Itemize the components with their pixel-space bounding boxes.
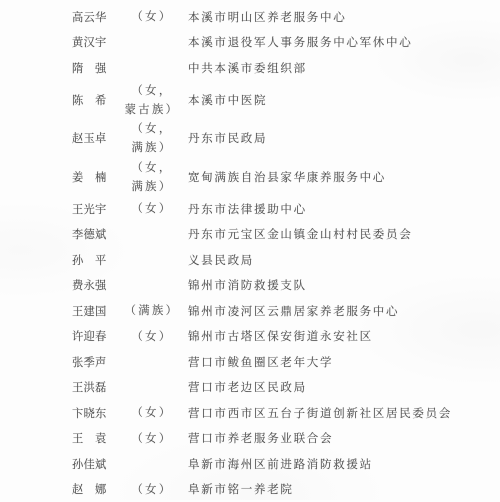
- person-name: 隋 强: [72, 60, 108, 76]
- remark-line: 满族）: [116, 138, 188, 157]
- remark-line: 满族）: [116, 177, 188, 196]
- remark-line: （女）: [116, 327, 188, 346]
- person-organization: 丹东市民政局: [188, 130, 267, 146]
- remark-line: （女）: [116, 480, 188, 499]
- person-organization: 营口市西市区五台子街道创新社区居民委员会: [188, 405, 452, 421]
- table-row: 孙佳斌 阜新市海州区前进路消防救援站: [0, 451, 500, 477]
- person-name: 黄汉宇: [72, 34, 108, 50]
- person-organization: 锦州市古塔区保安街道永安社区: [188, 328, 373, 344]
- person-organization: 营口市鲅鱼圈区老年大学: [188, 354, 333, 370]
- person-name: 孙 平: [72, 252, 108, 268]
- person-name: 王 袁: [72, 430, 108, 446]
- person-remark: （女）: [116, 429, 188, 448]
- table-row: 黄汉宇 本溪市退役军人事务服务中心军休中心: [0, 30, 500, 56]
- table-row: 赵 娜 （女） 阜新市铭一养老院: [0, 477, 500, 501]
- remark-line: 蒙古族）: [116, 100, 188, 119]
- person-name: 张季声: [72, 354, 108, 370]
- table-row: 费永强 锦州市消防救援支队: [0, 273, 500, 299]
- person-name: 王光宇: [72, 201, 108, 217]
- person-name: 孙佳斌: [72, 456, 108, 472]
- person-remark: （女）: [116, 480, 188, 499]
- table-row: 赵玉卓 （女， 满族） 丹东市民政局: [0, 119, 500, 158]
- person-organization: 阜新市海州区前进路消防救援站: [188, 456, 373, 472]
- remark-line: （女）: [116, 199, 188, 218]
- person-organization: 本溪市明山区养老服务中心: [188, 9, 346, 25]
- person-remark: （女， 满族）: [116, 158, 188, 196]
- person-name: 王建国: [72, 303, 108, 319]
- person-organization: 宽甸满族自治县家华康养服务中心: [188, 169, 386, 185]
- person-name: 赵 娜: [72, 481, 108, 497]
- remark-line: （女，: [116, 81, 188, 100]
- table-row: 孙 平 义县民政局: [0, 247, 500, 273]
- person-organization: 本溪市中医院: [188, 92, 267, 108]
- person-remark: （满族）: [116, 301, 188, 320]
- person-name: 李德斌: [72, 226, 108, 242]
- table-row: 李德斌 丹东市元宝区金山镇金山村村民委员会: [0, 222, 500, 248]
- person-organization: 阜新市铭一养老院: [188, 481, 294, 497]
- person-name: 王洪磊: [72, 379, 108, 395]
- table-row: 张季声 营口市鲅鱼圈区老年大学: [0, 349, 500, 375]
- person-remark: （女， 蒙古族）: [116, 81, 188, 119]
- person-organization: 锦州市消防救援支队: [188, 277, 307, 293]
- person-name: 赵玉卓: [72, 130, 108, 146]
- person-name: 许迎春: [72, 328, 108, 344]
- person-name: 费永强: [72, 277, 108, 293]
- table-row: 王洪磊 营口市老边区民政局: [0, 375, 500, 401]
- table-row: 王光宇 （女） 丹东市法律援助中心: [0, 196, 500, 222]
- person-organization: 营口市养老服务业联合会: [188, 430, 333, 446]
- remark-line: （女）: [116, 429, 188, 448]
- table-row: 许迎春 （女） 锦州市古塔区保安街道永安社区: [0, 324, 500, 350]
- person-remark: （女， 满族）: [116, 119, 188, 157]
- table-row: 姜 楠 （女， 满族） 宽甸满族自治县家华康养服务中心: [0, 158, 500, 197]
- person-organization: 丹东市元宝区金山镇金山村村民委员会: [188, 226, 412, 242]
- person-organization: 锦州市凌河区云鼎居家养老服务中心: [188, 303, 399, 319]
- remark-line: （满族）: [116, 301, 188, 320]
- person-organization: 中共本溪市委组织部: [188, 60, 307, 76]
- person-remark: （女）: [116, 403, 188, 422]
- document-page: 高云华 （女） 本溪市明山区养老服务中心 黄汉宇 本溪市退役军人事务服务中心军休…: [0, 0, 500, 500]
- person-organization: 营口市老边区民政局: [188, 379, 307, 395]
- person-name: 卞晓东: [72, 405, 108, 421]
- table-row: 卞晓东 （女） 营口市西市区五台子街道创新社区居民委员会: [0, 400, 500, 426]
- remark-line: （女）: [116, 7, 188, 26]
- person-remark: （女）: [116, 199, 188, 218]
- remark-line: （女，: [116, 119, 188, 138]
- table-row: 高云华 （女） 本溪市明山区养老服务中心: [0, 4, 500, 30]
- person-organization: 本溪市退役军人事务服务中心军休中心: [188, 34, 412, 50]
- table-row: 隋 强 中共本溪市委组织部: [0, 55, 500, 81]
- remark-line: （女）: [116, 403, 188, 422]
- person-name: 姜 楠: [72, 169, 108, 185]
- table-row: 王建国 （满族） 锦州市凌河区云鼎居家养老服务中心: [0, 298, 500, 324]
- person-name: 高云华: [72, 9, 108, 25]
- person-organization: 义县民政局: [188, 252, 254, 268]
- person-name: 陈 希: [72, 92, 108, 108]
- person-remark: （女）: [116, 7, 188, 26]
- table-row: 陈 希 （女， 蒙古族） 本溪市中医院: [0, 81, 500, 120]
- remark-line: （女，: [116, 158, 188, 177]
- table-row: 王 袁 （女） 营口市养老服务业联合会: [0, 426, 500, 452]
- person-remark: （女）: [116, 327, 188, 346]
- person-organization: 丹东市法律援助中心: [188, 201, 307, 217]
